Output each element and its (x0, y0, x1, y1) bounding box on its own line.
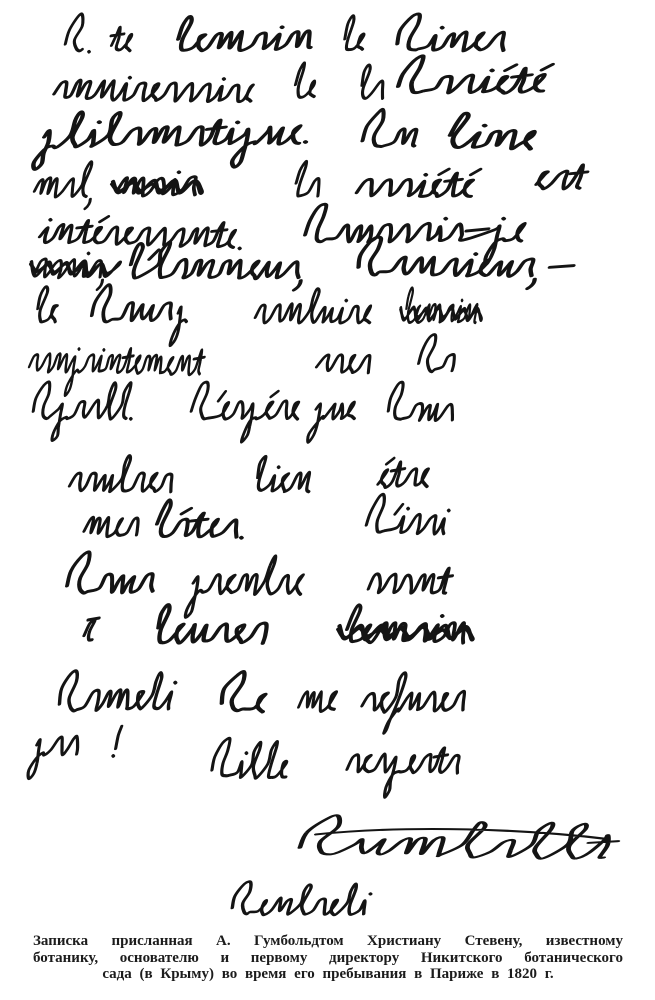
handwritten-word (291, 161, 330, 196)
handwritten-word (297, 692, 339, 712)
handwritten-word (315, 354, 375, 373)
handwritten-word (106, 27, 138, 51)
handwritten-word (32, 286, 66, 322)
handwritten-word (182, 556, 313, 618)
handwritten-word (52, 75, 259, 103)
handwritten-word (443, 113, 549, 149)
handwritten-word (305, 402, 359, 442)
handwritten-word (23, 381, 143, 441)
handwritten-word (338, 748, 466, 797)
handwritten-word (208, 738, 299, 778)
handwritten-word (377, 458, 436, 488)
strikethrough-scribble (398, 307, 485, 321)
handwritten-word (37, 215, 251, 249)
handwritten-word (358, 109, 430, 146)
handwritten-word (397, 288, 489, 323)
handwritten-word (82, 517, 142, 536)
handwritten-word (393, 54, 560, 95)
handwritten-word (81, 618, 99, 640)
handwritten-word (171, 15, 325, 52)
caption-line: сада (в Крыму) во время его пребывания в… (33, 966, 623, 983)
handwritten-word (346, 237, 585, 289)
handwritten-word (333, 605, 485, 643)
handwritten-word (68, 456, 183, 492)
handwritten-word (355, 65, 394, 99)
handwritten-word (88, 283, 184, 323)
handwritten-note-image (0, 0, 655, 1000)
handwritten-word (415, 334, 464, 372)
handwritten-word (29, 161, 104, 209)
handwritten-word (367, 567, 455, 594)
caption-line: Записка присланная А. Гумбольдтом Христи… (33, 933, 623, 950)
handwritten-word (26, 736, 82, 778)
handwritten-word (151, 500, 257, 538)
handwritten-word (253, 288, 380, 324)
handwritten-word (29, 109, 321, 170)
handwritten-word (355, 169, 482, 197)
handwritten-word (363, 494, 457, 534)
handwritten-word (290, 815, 633, 860)
handwritten-word (291, 63, 324, 98)
handwritten-word (340, 15, 373, 49)
handwritten-word (214, 671, 280, 712)
handwritten-word (149, 605, 279, 644)
handwritten-word (534, 164, 590, 189)
handwritten-word (383, 382, 465, 421)
handwritten-word (111, 726, 123, 756)
handwritten-word (119, 242, 318, 290)
handwritten-word (353, 673, 475, 734)
handwritten-word (107, 171, 209, 196)
handwritten-word (391, 13, 519, 51)
handwritten-word (291, 203, 537, 266)
handwritten-word (54, 669, 181, 712)
handwritten-word (62, 552, 168, 593)
handwritten-word (251, 456, 321, 491)
handwritten-word (227, 882, 377, 916)
caption-line: ботанику, основателю и первому директору… (33, 950, 623, 967)
handwritten-word (181, 382, 309, 443)
caption: Записка присланная А. Гумбольдтом Христи… (33, 933, 623, 983)
handwritten-word (62, 14, 103, 52)
